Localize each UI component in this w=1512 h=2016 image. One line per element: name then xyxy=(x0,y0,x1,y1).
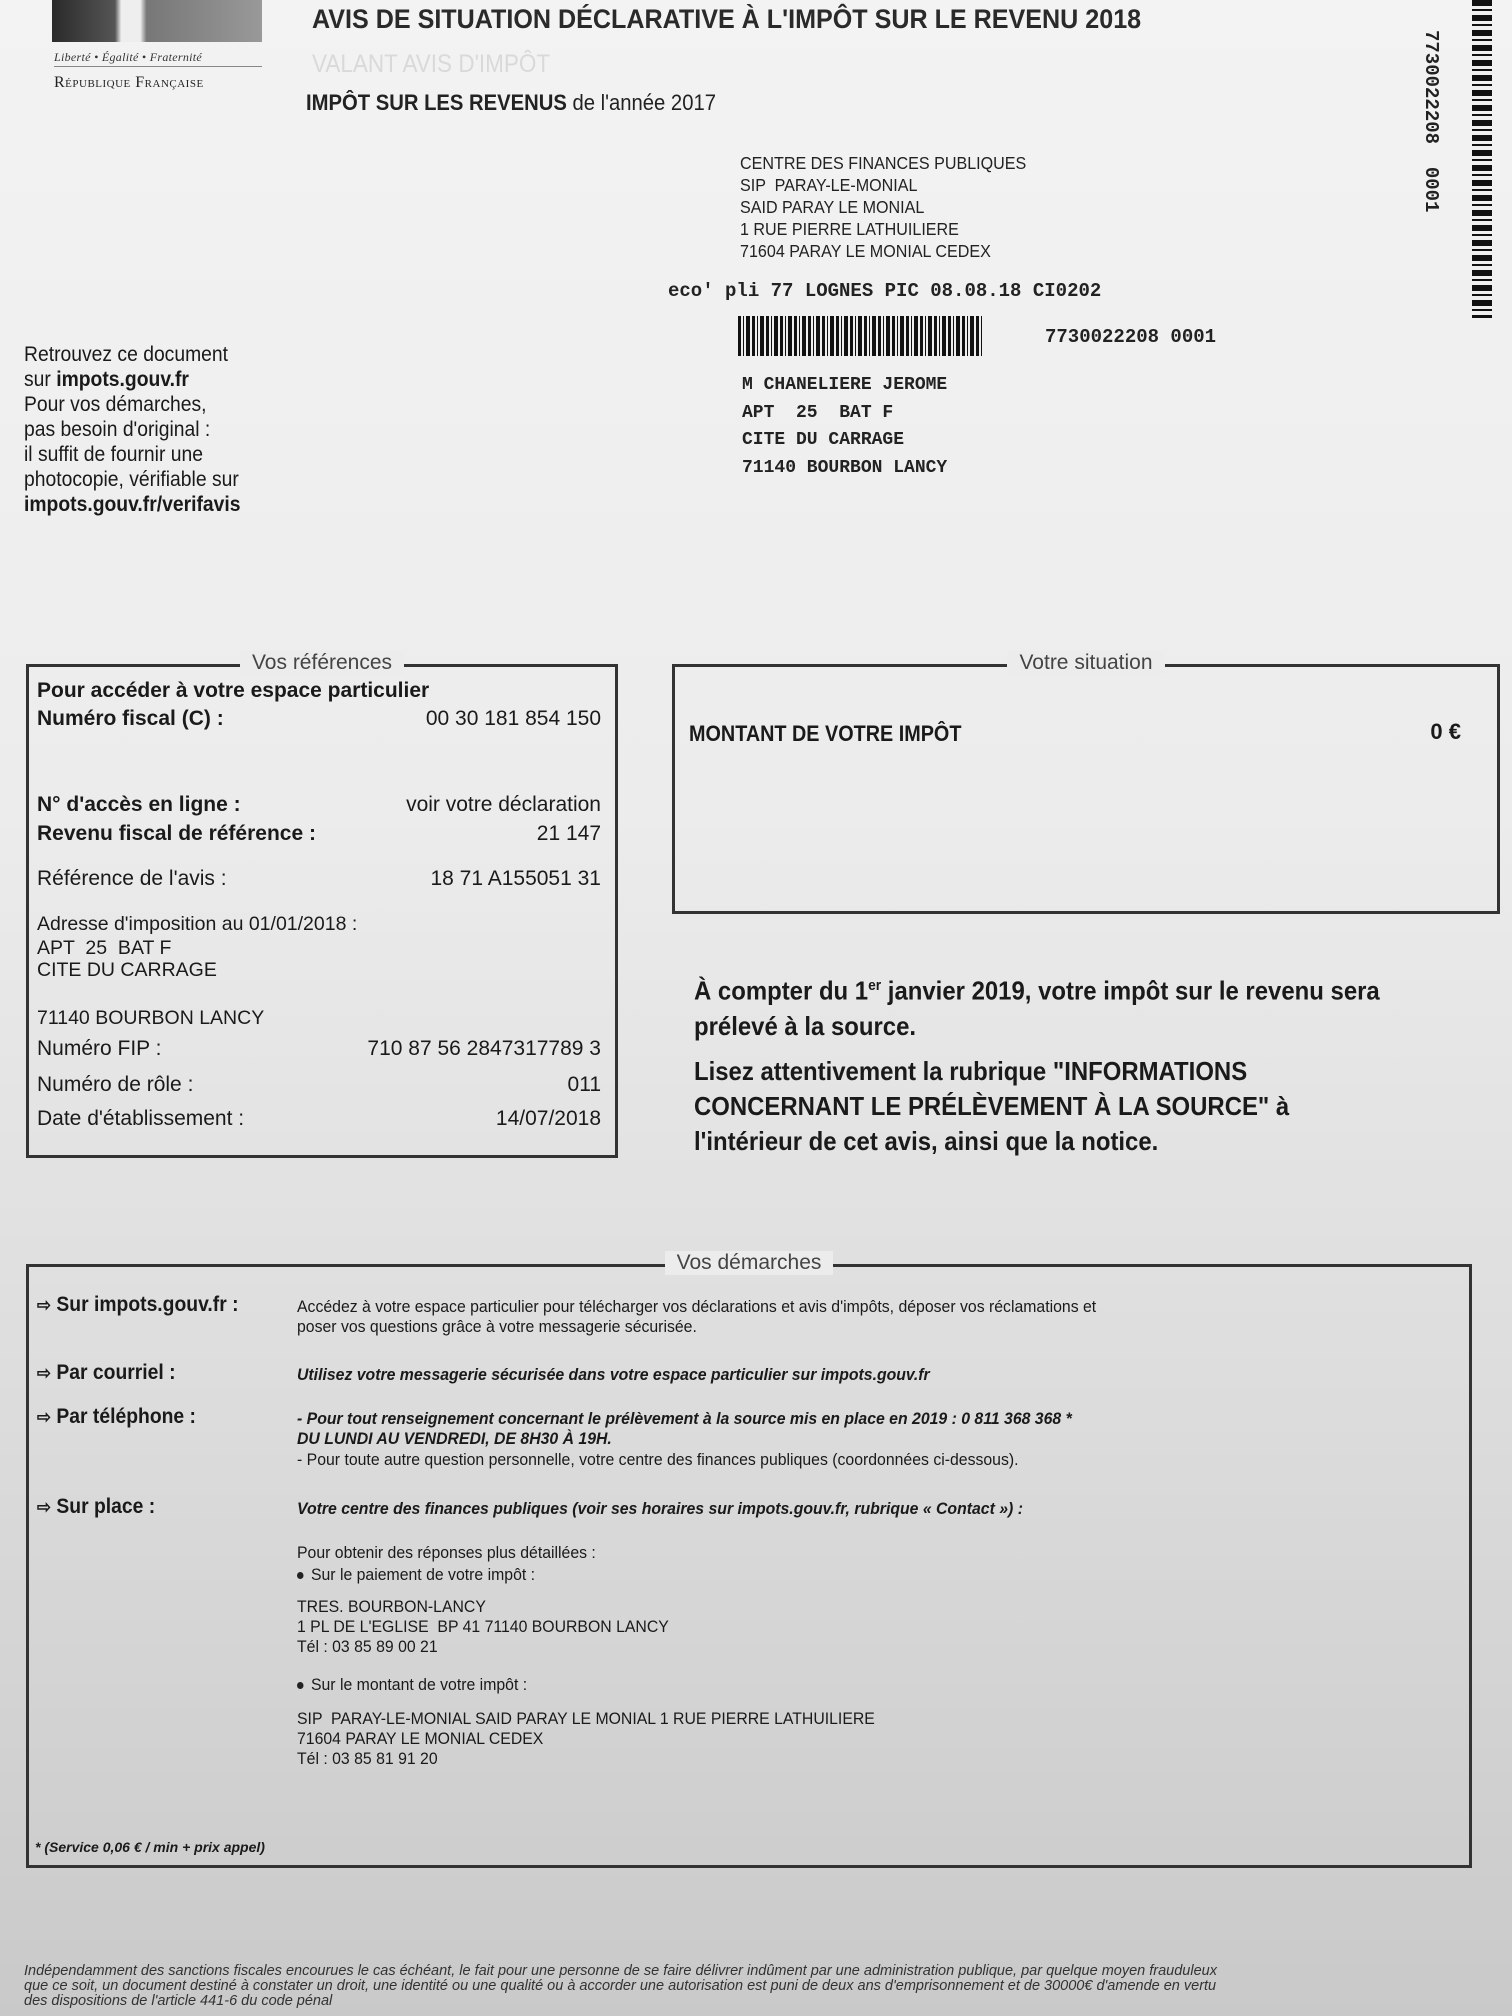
access-heading: Pour accéder à votre espace particulier xyxy=(37,679,429,703)
income-year-light: de l'année 2017 xyxy=(567,90,716,115)
fiscal-number-label: Numéro fiscal (C) : xyxy=(37,707,224,731)
step-phone-text: - Pour toute autre question personnelle,… xyxy=(297,1450,1019,1470)
marianne-logo-icon xyxy=(52,0,262,42)
postal-routing-line: eco' pli 77 LOGNES PIC 08.08.18 CI0202 xyxy=(668,280,1101,302)
references-box: Vos références Pour accéder à votre espa… xyxy=(26,664,618,1158)
situation-box: Votre situation MONTANT DE VOTRE IMPÔT 0… xyxy=(672,664,1500,914)
situation-legend: Votre situation xyxy=(1007,651,1164,675)
date-label: Date d'établissement : xyxy=(37,1107,244,1131)
role-number: 011 xyxy=(568,1073,601,1097)
online-access-label: N° d'accès en ligne : xyxy=(37,793,241,817)
notice-ref-label: Référence de l'avis : xyxy=(37,867,227,891)
arrow-right-icon: ⇨ xyxy=(37,1295,51,1315)
document-title: AVIS DE SITUATION DÉCLARATIVE À L'IMPÔT … xyxy=(312,4,1141,35)
tax-amount: 0 € xyxy=(1430,719,1461,745)
promo-line: pas besoin d'original : xyxy=(24,417,241,442)
amount-bullet: Sur le montant de votre impôt : xyxy=(297,1675,527,1695)
payment-bullet: Sur le paiement de votre impôt : xyxy=(297,1565,535,1585)
step-mail-text: Utilisez votre messagerie sécurisée dans… xyxy=(297,1365,930,1385)
promo-line: il suffit de fournir une xyxy=(24,442,241,467)
income-year-heading: IMPÔT SUR LES REVENUS de l'année 2017 xyxy=(306,90,716,116)
tax-amount-label: MONTANT DE VOTRE IMPÔT xyxy=(689,721,961,747)
side-code: 7730022208 0001 xyxy=(1420,30,1442,212)
amount-office: SIP PARAY-LE-MONIAL SAID PARAY LE MONIAL… xyxy=(297,1709,875,1769)
arrow-right-icon: ⇨ xyxy=(37,1407,51,1427)
recipient-address: M CHANELIERE JEROME APT 25 BAT F CITE DU… xyxy=(742,372,947,482)
date-value: 14/07/2018 xyxy=(496,1107,601,1131)
verifavis-link[interactable]: impots.gouv.fr/verifavis xyxy=(24,492,241,517)
logo-divider xyxy=(54,66,262,67)
income-year-bold: IMPÔT SUR LES REVENUS xyxy=(306,90,567,115)
bullet-icon xyxy=(297,1682,304,1689)
bullet-icon xyxy=(297,1572,304,1579)
arrow-right-icon: ⇨ xyxy=(37,1363,51,1383)
promo-line: photocopie, vérifiable sur xyxy=(24,467,241,492)
withholding-notice-p1: À compter du 1er janvier 2019, votre imp… xyxy=(694,968,1393,1044)
step-onsite-text: Votre centre des finances publiques (voi… xyxy=(297,1499,1023,1519)
tax-address-label: Adresse d'imposition au 01/01/2018 : xyxy=(37,913,357,935)
procedures-box: Vos démarches ⇨Sur impots.gouv.fr : Accé… xyxy=(26,1264,1472,1868)
withholding-notice-p2: Lisez attentivement la rubrique "INFORMA… xyxy=(694,1054,1393,1159)
step-web-text: Accédez à votre espace particulier pour … xyxy=(297,1297,1096,1337)
step-web-label: ⇨Sur impots.gouv.fr : xyxy=(37,1293,239,1317)
impots-link[interactable]: impots.gouv.fr xyxy=(56,368,189,391)
role-label: Numéro de rôle : xyxy=(37,1073,193,1097)
tax-center-address: CENTRE DES FINANCES PUBLIQUES SIP PARAY-… xyxy=(740,152,1026,262)
republic-motto: Liberté • Égalité • Fraternité xyxy=(54,50,202,65)
barcode-number: 7730022208 0001 xyxy=(1045,326,1216,348)
fiscal-number: 00 30 181 854 150 xyxy=(426,707,601,731)
promo-line: sur impots.gouv.fr xyxy=(24,367,241,392)
republic-name: République Française xyxy=(54,74,204,92)
fip-label: Numéro FIP : xyxy=(37,1037,161,1061)
arrow-right-icon: ⇨ xyxy=(37,1497,51,1517)
step-onsite-label: ⇨Sur place : xyxy=(37,1495,155,1519)
online-access-value: voir votre déclaration xyxy=(406,793,601,817)
detail-intro: Pour obtenir des réponses plus détaillée… xyxy=(297,1543,596,1563)
procedures-legend: Vos démarches xyxy=(665,1251,834,1275)
notice-ref: 18 71 A155051 31 xyxy=(430,867,601,891)
promo-line: Retrouvez ce document xyxy=(24,342,241,367)
step-phone-text-priority: - Pour tout renseignement concernant le … xyxy=(297,1409,1072,1449)
payment-office: TRES. BOURBON-LANCY 1 PL DE L'EGLISE BP … xyxy=(297,1597,669,1657)
step-mail-label: ⇨Par courriel : xyxy=(37,1361,176,1385)
promo-line: Pour vos démarches, xyxy=(24,392,241,417)
reference-income: 21 147 xyxy=(537,822,601,846)
references-legend: Vos références xyxy=(240,651,404,675)
step-phone-label: ⇨Par téléphone : xyxy=(37,1405,196,1429)
side-barcode xyxy=(1472,0,1492,318)
tax-address-lines: APT 25 BAT F CITE DU CARRAGE xyxy=(37,937,217,981)
reference-income-label: Revenu fiscal de référence : xyxy=(37,822,316,846)
tax-address-city: 71140 BOURBON LANCY xyxy=(37,1007,264,1029)
legal-notice: Indépendamment des sanctions fiscales en… xyxy=(24,1964,1494,2009)
withholding-notice: À compter du 1er janvier 2019, votre imp… xyxy=(694,968,1393,1169)
phone-footnote: * (Service 0,06 € / min + prix appel) xyxy=(35,1839,265,1855)
document-subtitle: VALANT AVIS D'IMPÔT xyxy=(312,50,550,79)
postal-barcode xyxy=(738,316,982,356)
online-document-promo: Retrouvez ce document sur impots.gouv.fr… xyxy=(24,342,241,517)
fip-number: 710 87 56 2847317789 3 xyxy=(367,1037,601,1061)
